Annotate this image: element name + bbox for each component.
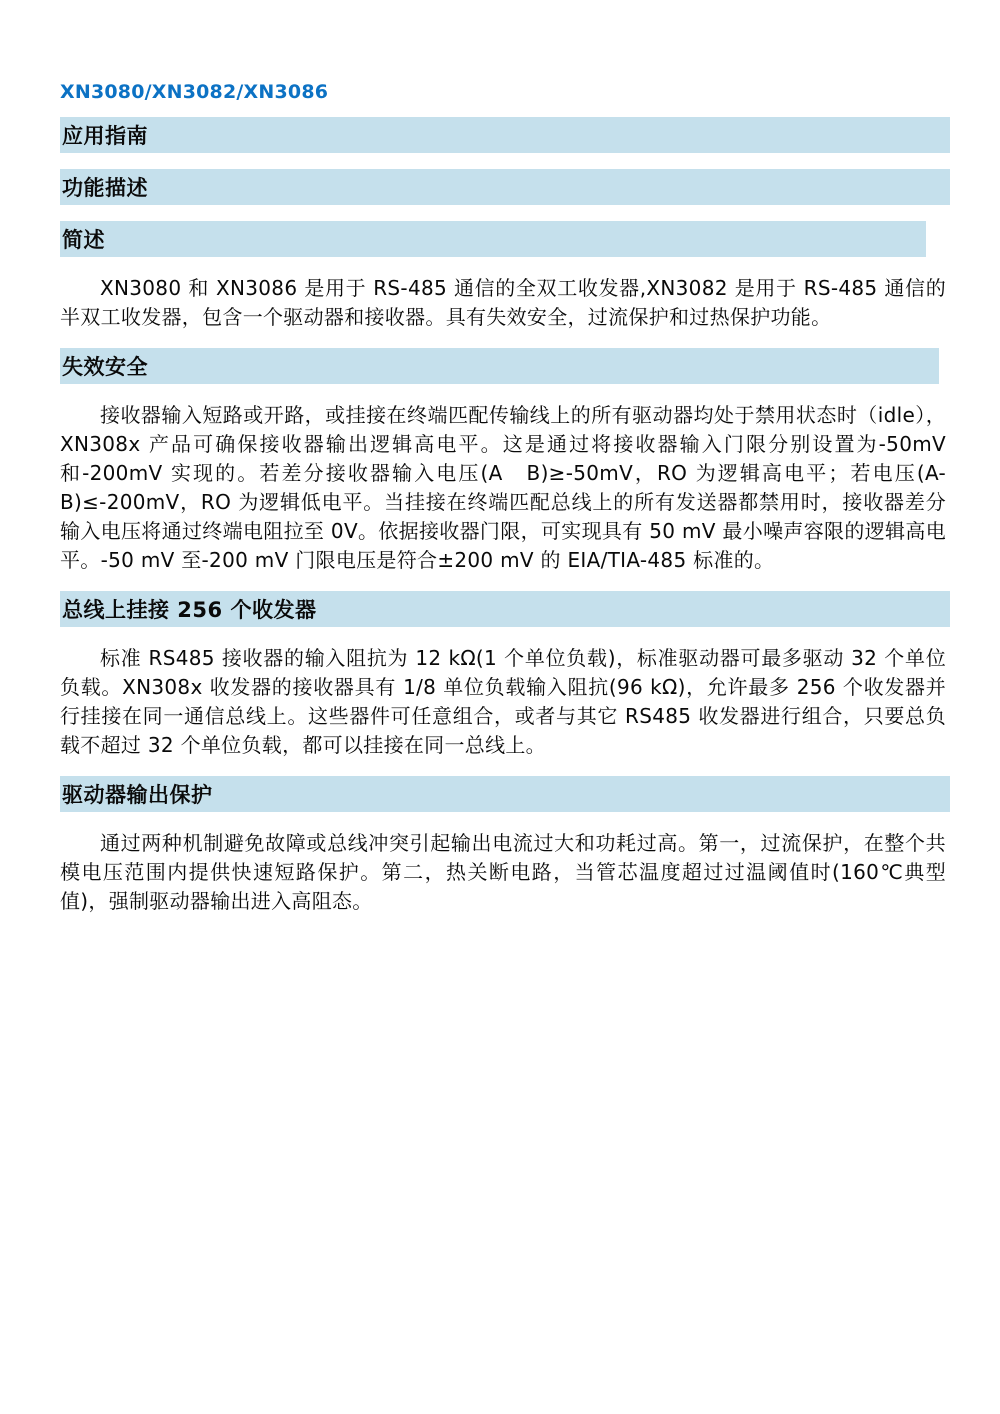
paragraph-bus-256-transceivers: 标准 RS485 接收器的输入阻抗为 12 kΩ(1 个单位负载)，标准驱动器可… xyxy=(60,644,946,760)
section-bar-application-guide: 应用指南 xyxy=(60,117,950,153)
section-heading-failsafe: 失效安全 xyxy=(60,351,148,381)
paragraph-driver-output-protection: 通过两种机制避免故障或总线冲突引起输出电流过大和功耗过高。第一，过流保护，在整个… xyxy=(60,829,946,916)
section-bar-function-description: 功能描述 xyxy=(60,169,950,205)
section-bar-failsafe: 失效安全 xyxy=(60,348,939,384)
datasheet-page: XN3080/XN3082/XN3086 应用指南 功能描述 简述 XN3080… xyxy=(0,0,1000,1414)
section-heading-brief: 简述 xyxy=(60,224,105,254)
page-title: XN3080/XN3082/XN3086 xyxy=(60,0,1000,102)
section-bar-bus-256-transceivers: 总线上挂接 256 个收发器 xyxy=(60,591,950,627)
section-heading-driver-output-protection: 驱动器输出保护 xyxy=(60,779,213,809)
section-heading-bus-256-transceivers: 总线上挂接 256 个收发器 xyxy=(60,594,316,624)
section-bar-brief: 简述 xyxy=(60,221,926,257)
paragraph-brief: XN3080 和 XN3086 是用于 RS-485 通信的全双工收发器,XN3… xyxy=(60,274,946,332)
section-bar-driver-output-protection: 驱动器输出保护 xyxy=(60,776,950,812)
section-heading-function-description: 功能描述 xyxy=(60,172,148,202)
section-heading-application-guide: 应用指南 xyxy=(60,120,148,150)
paragraph-failsafe: 接收器输入短路或开路，或挂接在终端匹配传输线上的所有驱动器均处于禁用状态时（id… xyxy=(60,401,946,575)
